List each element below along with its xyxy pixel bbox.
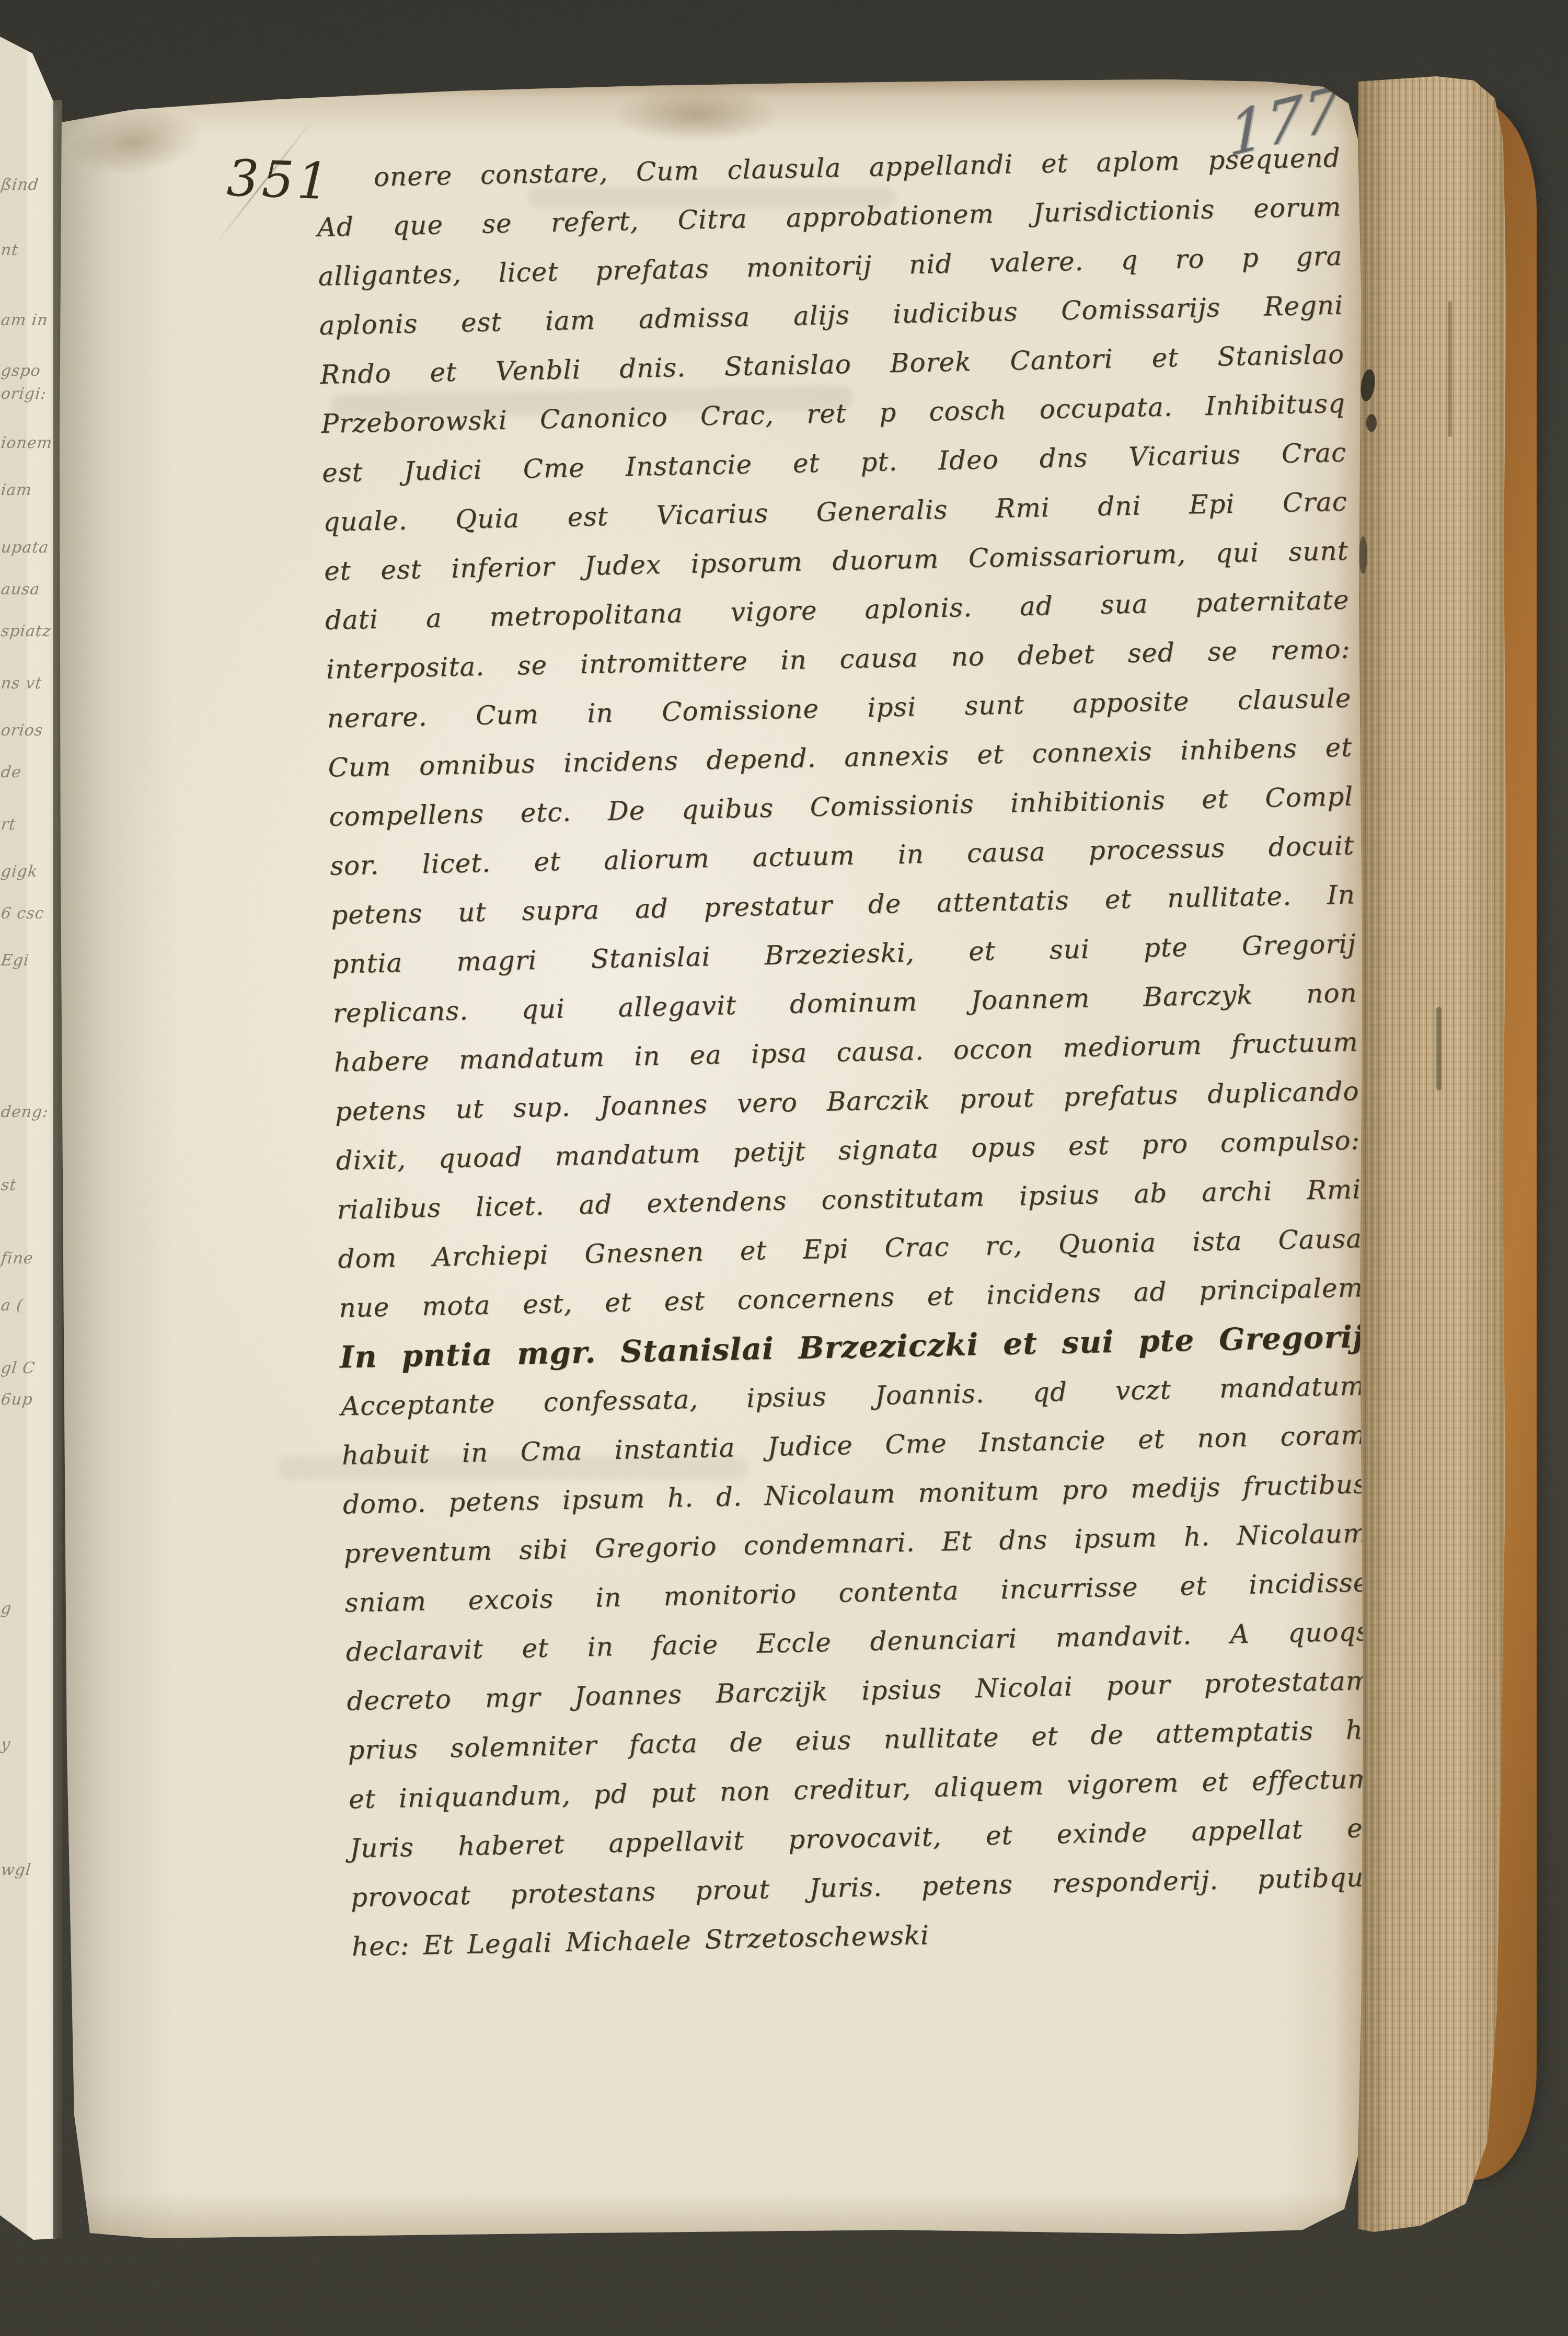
facing-page-text-fragment: gl C [0,1359,54,1377]
manuscript-text-block: onere constare, Cum clausula appellandi … [316,133,1376,1972]
facing-page-text-fragment: ionem [0,434,54,452]
facing-page-text-fragment: spiatz [0,622,54,640]
facing-page-text-fragment: y [0,1735,54,1754]
ink-stain [1448,301,1452,437]
facing-page-text-fragment: gigk [0,862,54,881]
facing-page-text-fragment: am in [0,311,54,329]
facing-page-text-fragment: wgl [0,1861,54,1879]
facing-page-text-fragment: 6up [0,1390,54,1409]
edge-stain [613,86,780,143]
facing-page-text-fragment: de [0,763,54,781]
ink-stain [1436,1007,1442,1090]
manuscript-page: 351 177 onere constare, Cum clausula app… [59,76,1366,2241]
facing-page-text-fragment: origi: [0,385,54,403]
facing-page-text-fragment: upata [0,538,54,557]
facing-page-text-fragment: orios [0,721,54,740]
facing-page-text-fragment: 6 csc [0,904,54,923]
ink-stain [1359,368,1377,402]
ink-stain [1366,414,1377,432]
facing-page-text-fragment: fine [0,1249,54,1268]
facing-page-text-fragment: a ( [0,1296,54,1315]
facing-page-edge: ßindntam ingspoorigi:ionemiamupataausasp… [0,37,57,2240]
manuscript-scan: ßindntam ingspoorigi:ionemiamupataausasp… [0,0,1568,2336]
facing-page-text-fragment: ausa [0,580,54,599]
ink-stain [1359,536,1367,574]
facing-page-text-fragment: deng: [0,1103,54,1121]
facing-page-text-fragment: g [0,1599,54,1618]
facing-page-text-fragment: ns vt [0,674,54,693]
facing-page-text-fragment: nt [0,241,54,259]
facing-page-text-fragment: iam [0,481,54,499]
book-page-edges [1358,76,1509,2234]
facing-page-text-fragment: Egi [0,951,54,970]
edge-stain [63,101,206,182]
facing-page-text-fragment: rt [0,815,54,834]
facing-page-text-fragment: st [0,1176,54,1194]
facing-page-text-fragment: gspo [0,362,54,380]
facing-page-text-fragment: ßind [0,176,54,194]
